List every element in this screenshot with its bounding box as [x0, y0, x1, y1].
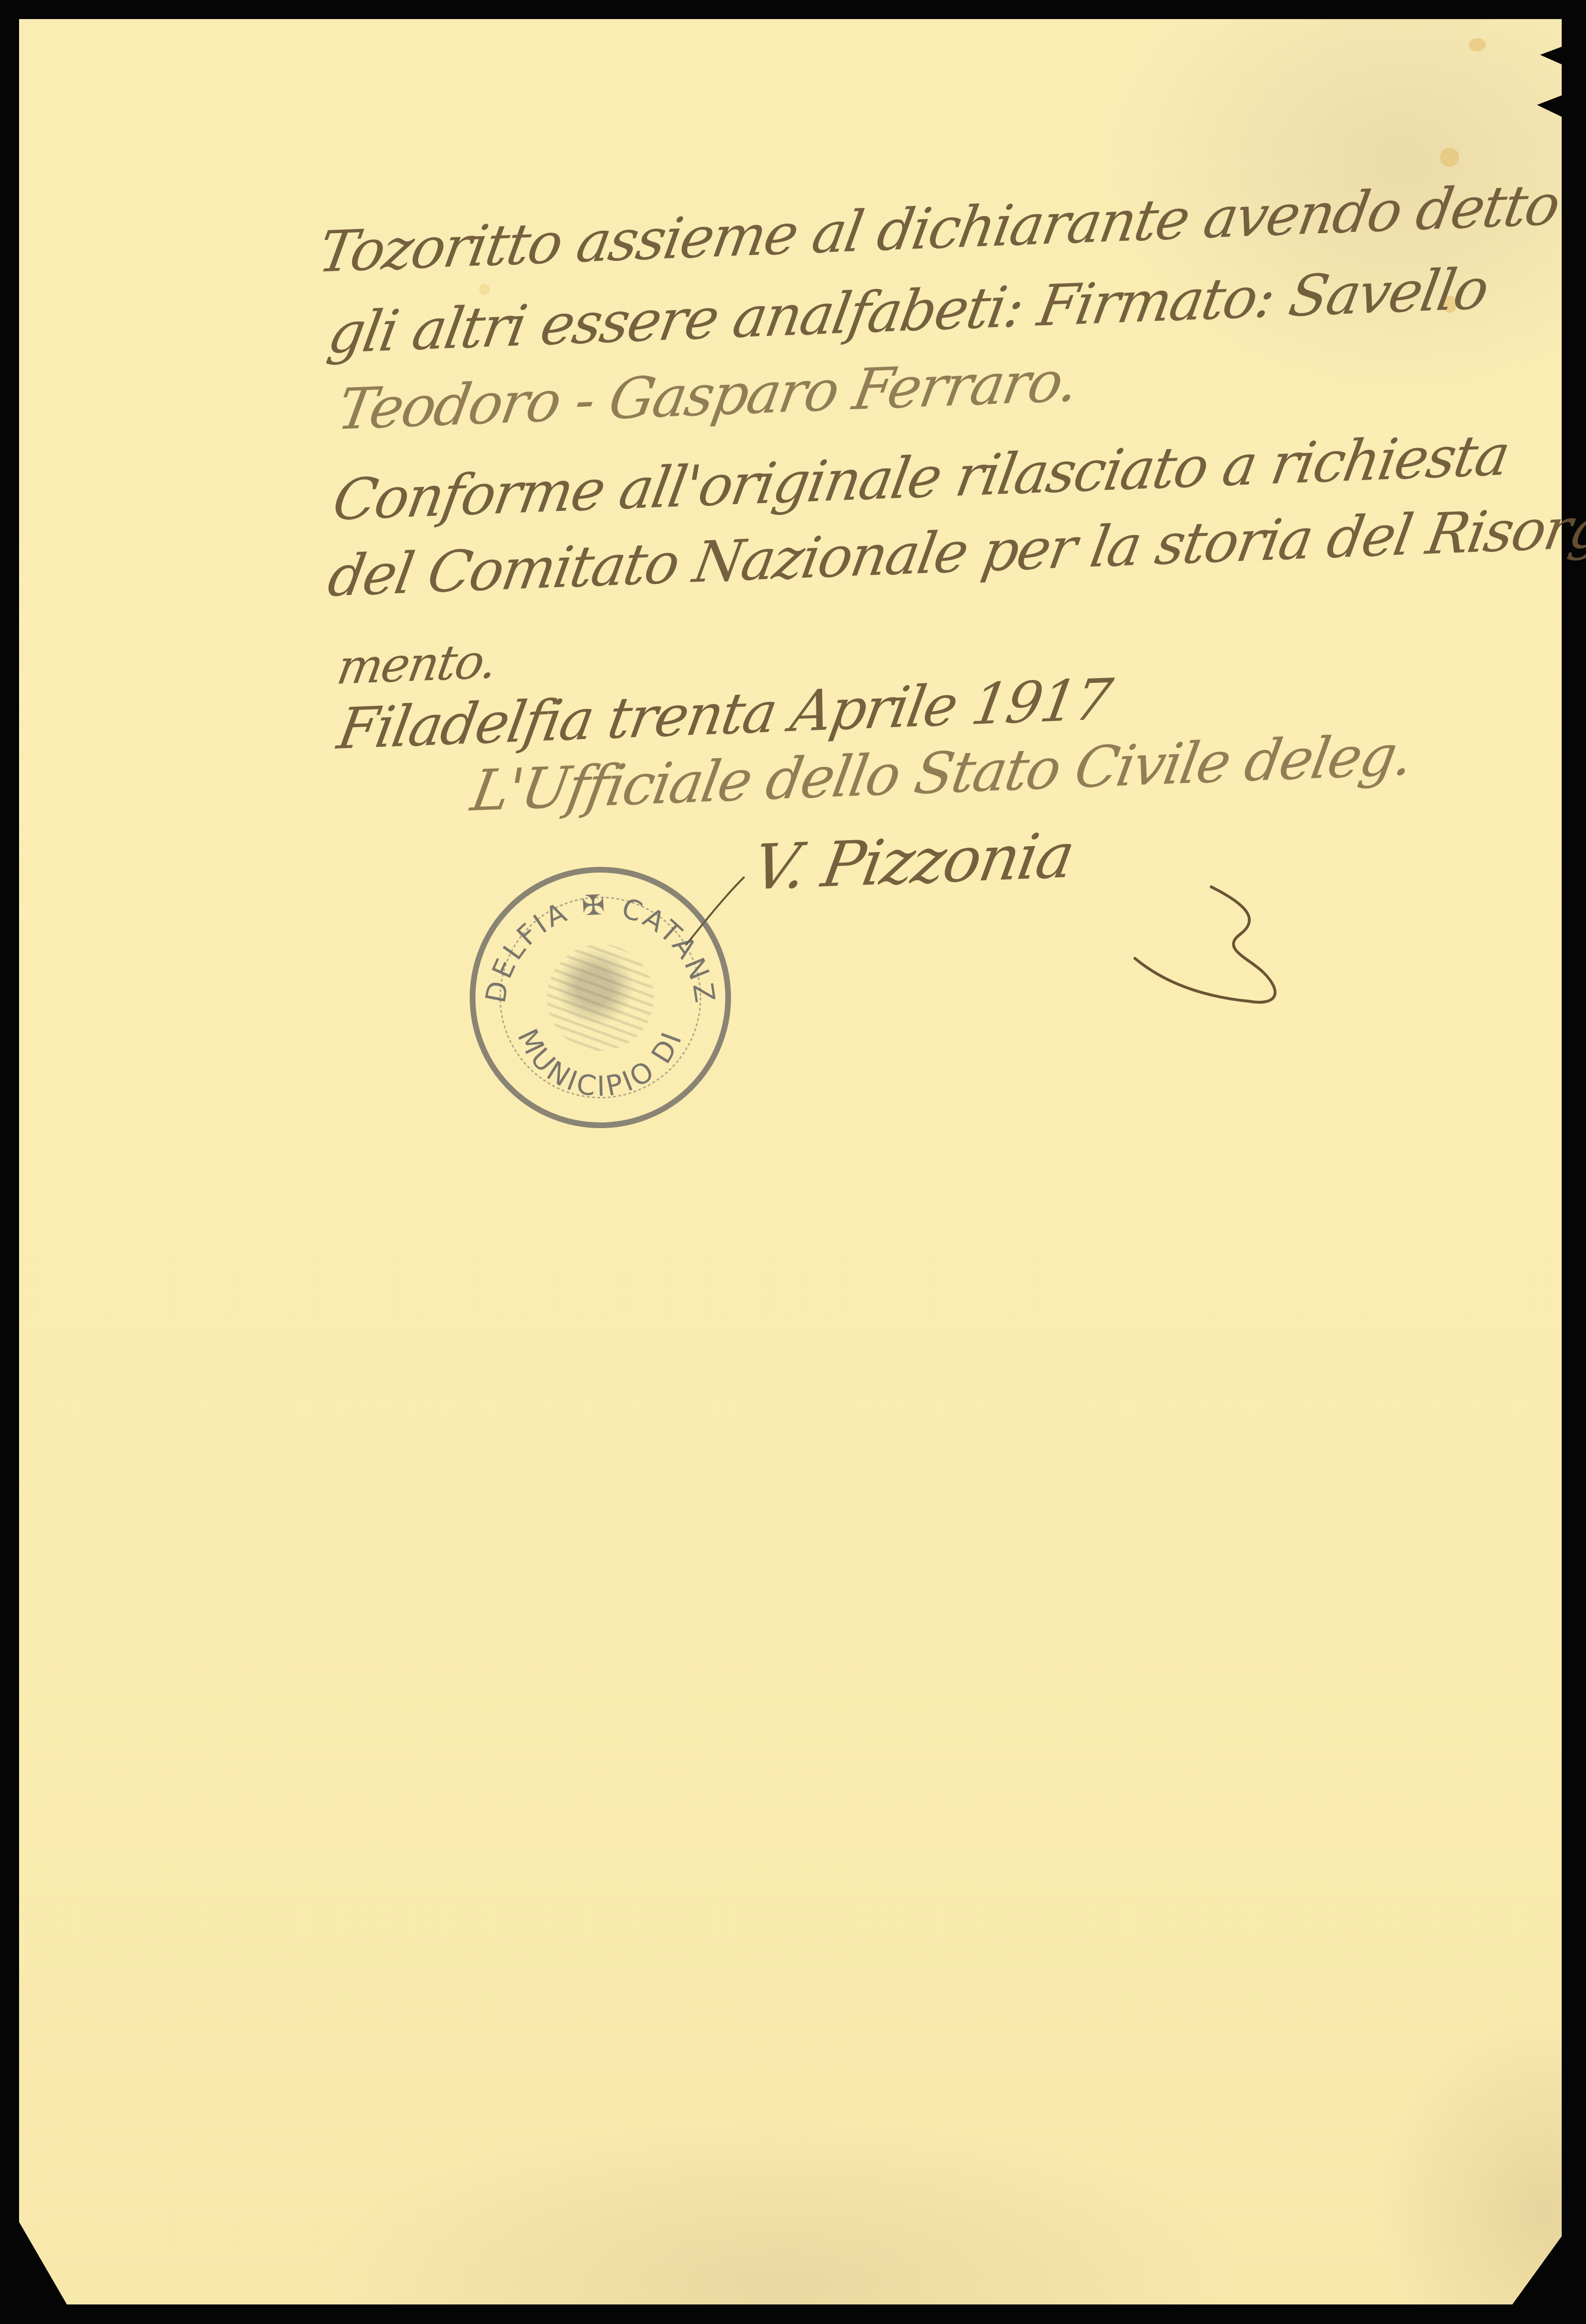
foxing-stain — [1469, 38, 1486, 51]
foxing-stain — [479, 284, 490, 295]
text-line-6: mento. — [334, 638, 500, 691]
municipal-stamp: FILADELFIA ✠ CATANZARO MUNICIPIO DI — [470, 867, 731, 1128]
coat-of-arms-icon — [547, 944, 654, 1051]
signature: V. Pizzonia — [749, 824, 1078, 899]
foxing-stain — [1440, 148, 1459, 167]
